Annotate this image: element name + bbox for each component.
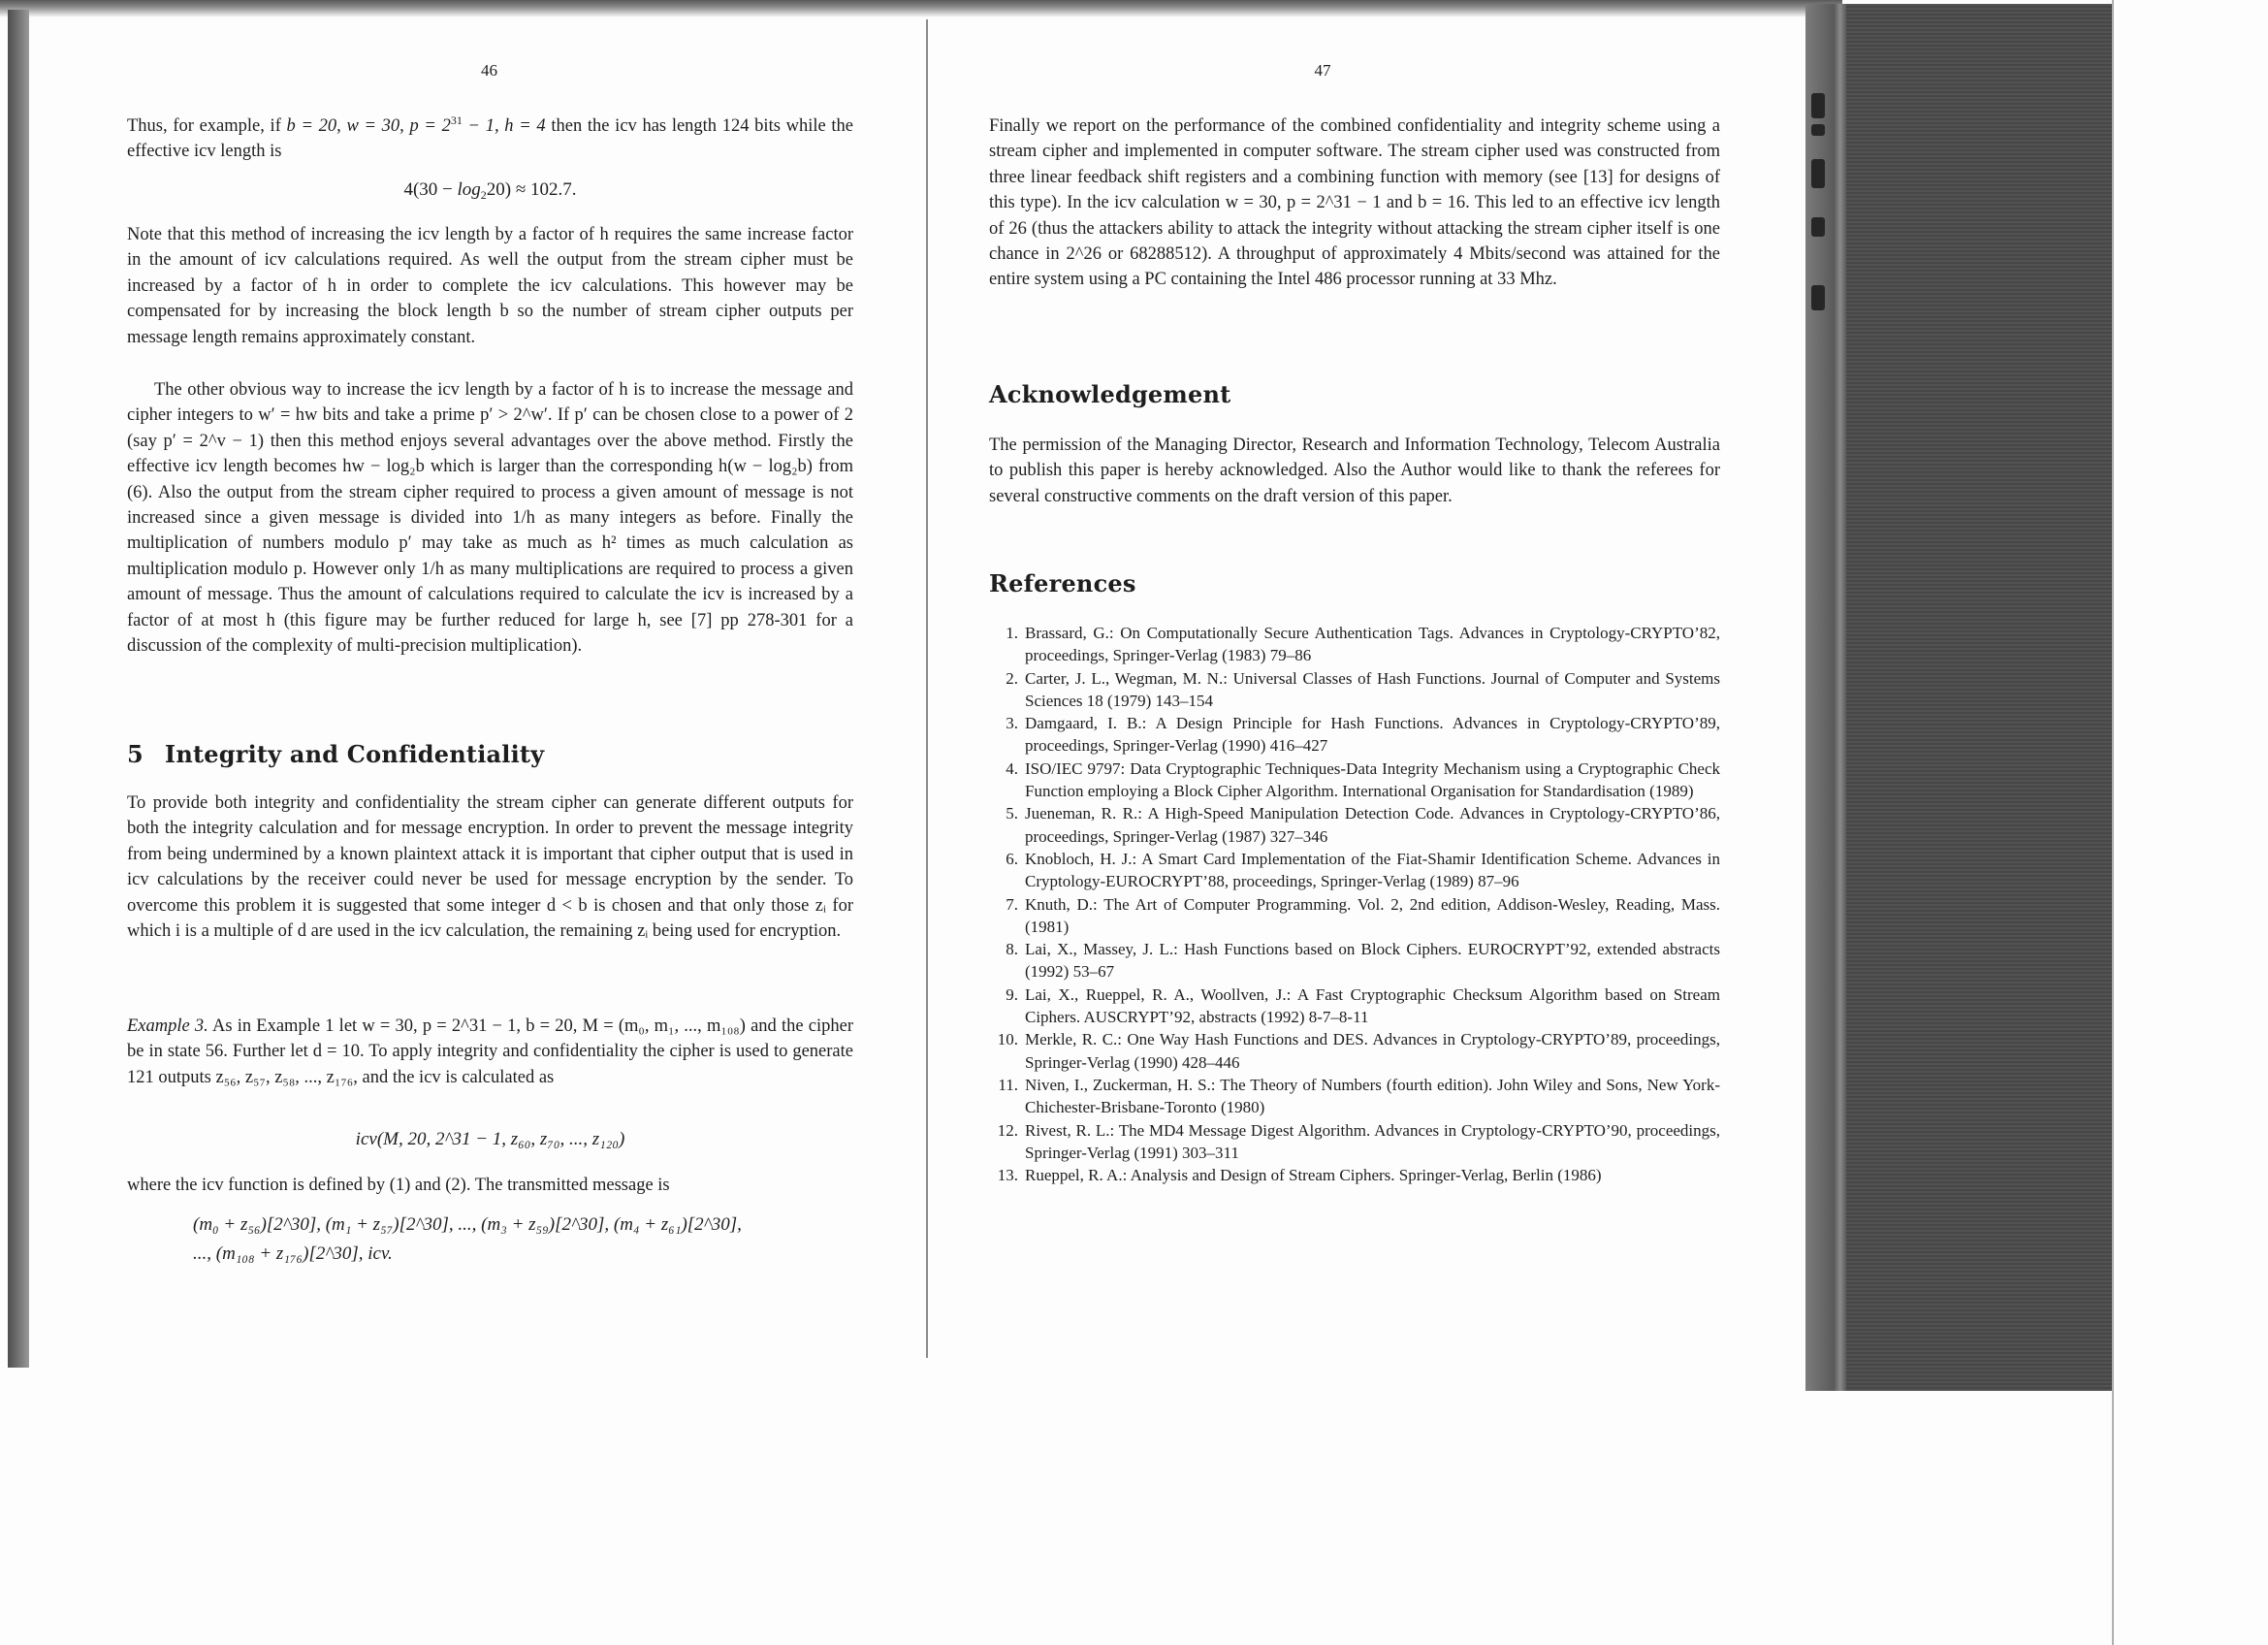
paragraph-other-method: The other obvious way to increase the ic… xyxy=(127,377,853,659)
heading-acknowledgement: Acknowledgement xyxy=(989,380,1230,408)
reference-text: Rueppel, R. A.: Analysis and Design of S… xyxy=(1025,1164,1720,1186)
reference-item: 1.Brassard, G.: On Computationally Secur… xyxy=(989,622,1720,667)
book-gutter-line xyxy=(926,19,928,1358)
reference-text: Jueneman, R. R.: A High-Speed Manipulati… xyxy=(1025,802,1720,848)
spine-mark xyxy=(1811,159,1825,188)
reference-item: 12.Rivest, R. L.: The MD4 Message Digest… xyxy=(989,1119,1720,1165)
paragraph-performance: Finally we report on the performance of … xyxy=(989,113,1720,293)
reference-item: 7.Knuth, D.: The Art of Computer Program… xyxy=(989,893,1720,939)
reference-item: 9.Lai, X., Rueppel, R. A., Woollven, J.:… xyxy=(989,984,1720,1029)
reference-text: ISO/IEC 9797: Data Cryptographic Techniq… xyxy=(1025,758,1720,803)
reference-item: 3.Damgaard, I. B.: A Design Principle fo… xyxy=(989,712,1720,758)
eq-part: 4(30 − xyxy=(403,179,457,200)
spine-mark xyxy=(1811,285,1825,310)
reference-item: 2.Carter, J. L., Wegman, M. N.: Universa… xyxy=(989,667,1720,713)
adjacent-page-dark-region xyxy=(1805,4,2112,1391)
page-number: 46 xyxy=(126,61,852,81)
paragraph-acknowledgement: The permission of the Managing Director,… xyxy=(989,433,1720,509)
reference-text: Merkle, R. C.: One Way Hash Functions an… xyxy=(1025,1028,1720,1074)
scan-top-edge-shadow xyxy=(0,0,1842,17)
equation-transmitted-line2: ..., (m₁₀₈ + z₁₇₆)[2^30], icv. xyxy=(193,1243,393,1265)
eq-part: 20) ≈ 102.7. xyxy=(487,179,577,200)
reference-number: 4. xyxy=(989,758,1018,780)
reference-number: 9. xyxy=(989,984,1018,1006)
page-number: 47 xyxy=(957,61,1688,81)
reference-number: 13. xyxy=(989,1164,1018,1186)
heading-references: References xyxy=(989,569,1136,597)
reference-number: 6. xyxy=(989,848,1018,870)
spine-mark xyxy=(1811,217,1825,237)
text-span: Thus, for example, if xyxy=(127,116,287,136)
reference-item: 10.Merkle, R. C.: One Way Hash Functions… xyxy=(989,1028,1720,1074)
superscript: 31 xyxy=(451,113,463,127)
reference-item: 4.ISO/IEC 9797: Data Cryptographic Techn… xyxy=(989,758,1720,803)
reference-text: Brassard, G.: On Computationally Secure … xyxy=(1025,622,1720,667)
reference-text: Carter, J. L., Wegman, M. N.: Universal … xyxy=(1025,667,1720,713)
reference-text: Lai, X., Massey, J. L.: Hash Functions b… xyxy=(1025,938,1720,984)
page-edge-line xyxy=(2112,0,2114,1645)
paragraph-intro: Thus, for example, if b = 20, w = 30, p … xyxy=(127,113,853,165)
reference-text: Rivest, R. L.: The MD4 Message Digest Al… xyxy=(1025,1119,1720,1165)
reference-item: 11.Niven, I., Zuckerman, H. S.: The Theo… xyxy=(989,1074,1720,1119)
paragraph-method-note: Note that this method of increasing the … xyxy=(127,222,853,350)
equation-icv: icv(M, 20, 2^31 − 1, z₆₀, z₇₀, ..., z₁₂₀… xyxy=(127,1129,853,1150)
scan-left-edge-shadow xyxy=(8,10,29,1368)
reference-text: Lai, X., Rueppel, R. A., Woollven, J.: A… xyxy=(1025,984,1720,1029)
spine-mark xyxy=(1811,93,1825,118)
paragraph-example-3: Example 3. As in Example 1 let w = 30, p… xyxy=(127,1014,853,1090)
reference-text: Damgaard, I. B.: A Design Principle for … xyxy=(1025,712,1720,758)
inline-math: − 1, h = 4 xyxy=(463,116,546,136)
reference-number: 10. xyxy=(989,1028,1018,1050)
reference-text: Knuth, D.: The Art of Computer Programmi… xyxy=(1025,893,1720,939)
equation-effective-icv-length: 4(30 − log220) ≈ 102.7. xyxy=(127,179,853,201)
reference-item: 5.Jueneman, R. R.: A High-Speed Manipula… xyxy=(989,802,1720,848)
reference-number: 11. xyxy=(989,1074,1018,1096)
reference-item: 8.Lai, X., Massey, J. L.: Hash Functions… xyxy=(989,938,1720,984)
references-list: 1.Brassard, G.: On Computationally Secur… xyxy=(989,622,1720,1186)
book-spine xyxy=(1805,4,1846,1391)
section-number: 5 xyxy=(127,740,144,768)
reference-item: 13.Rueppel, R. A.: Analysis and Design o… xyxy=(989,1164,1720,1186)
reference-text: Niven, I., Zuckerman, H. S.: The Theory … xyxy=(1025,1074,1720,1119)
eq-part: log xyxy=(458,179,481,200)
section-title: Integrity and Confidentiality xyxy=(165,740,544,768)
reference-number: 2. xyxy=(989,667,1018,690)
example-text: As in Example 1 let w = 30, p = 2^31 − 1… xyxy=(127,1016,853,1087)
spine-mark xyxy=(1811,124,1825,136)
reference-number: 12. xyxy=(989,1119,1018,1142)
reference-number: 5. xyxy=(989,802,1018,824)
section-heading-5: 5Integrity and Confidentiality xyxy=(127,740,544,768)
reference-number: 3. xyxy=(989,712,1018,734)
example-label: Example 3. xyxy=(127,1016,208,1036)
reference-text: Knobloch, H. J.: A Smart Card Implementa… xyxy=(1025,848,1720,893)
inline-math: b = 20, w = 30, p = 2 xyxy=(287,116,451,136)
paragraph-transmitted-message: where the icv function is defined by (1)… xyxy=(127,1173,853,1198)
reference-number: 8. xyxy=(989,938,1018,960)
paragraph-integrity-confidentiality: To provide both integrity and confidenti… xyxy=(127,790,853,944)
reference-number: 1. xyxy=(989,622,1018,644)
reference-item: 6.Knobloch, H. J.: A Smart Card Implemen… xyxy=(989,848,1720,893)
reference-number: 7. xyxy=(989,893,1018,916)
equation-transmitted-line1: (m₀ + z₅₆)[2^30], (m₁ + z₅₇)[2^30], ...,… xyxy=(193,1214,742,1236)
